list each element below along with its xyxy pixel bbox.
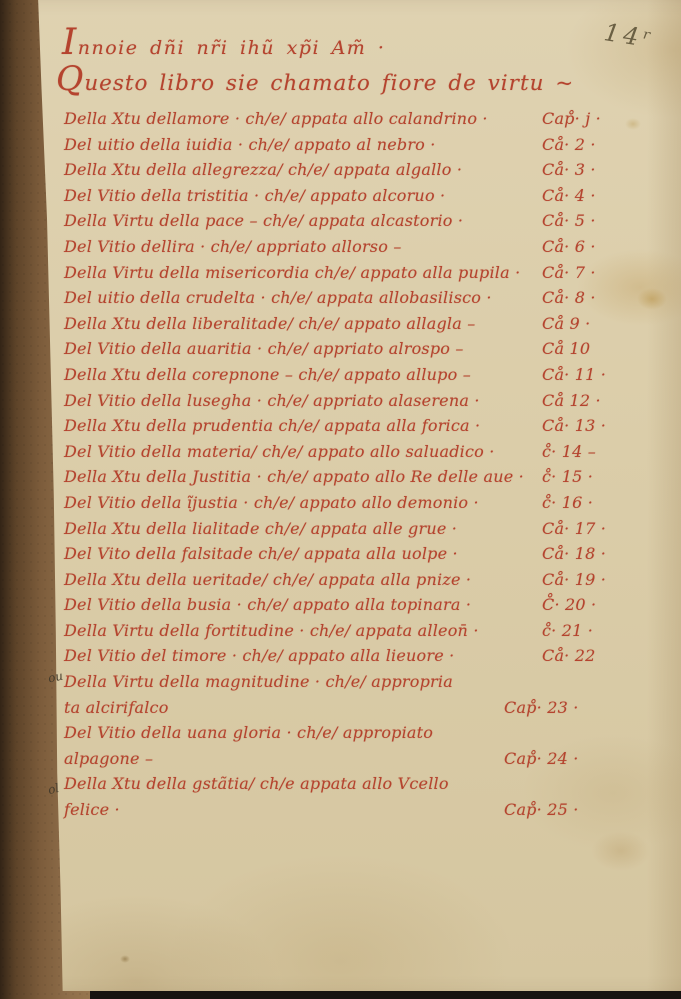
chapter-ref: Cå· 7 · (542, 260, 596, 286)
chapter-ref: Cå· 4 · (542, 183, 596, 209)
entry-text: Del Vito della falsitade ch/e/ appata al… (64, 541, 458, 567)
contents-entry: Del Vitio della lusegha · ch/e/ appriato… (64, 388, 681, 414)
contents-entry: felice · Cap̊· 25 · (64, 797, 681, 823)
chapter-ref: c̊· 15 · (542, 464, 593, 490)
contents-entry: Del uitio della crudelta · ch/e/ appata … (64, 285, 681, 311)
chapter-ref: Cå· 11 · (542, 362, 606, 388)
entry-text: Della Xtu della ueritade/ ch/e/ appata a… (64, 567, 471, 593)
contents-entry: Della Xtu della Justitia · ch/e/ appato … (64, 464, 681, 490)
contents-entry: Della Virtu della magnitudine · ch/e/ ap… (64, 669, 681, 695)
entry-text: Della Xtu della allegrezza/ ch/e/ appata… (64, 157, 462, 183)
chapter-ref: Cap̊· 25 · (504, 797, 579, 823)
entry-text: Del Vitio della uana gloria · ch/e/ appr… (64, 720, 433, 746)
contents-entry: Della Xtu della corepnone – ch/e/ appato… (64, 362, 681, 388)
invocation-heading: Innoie dñi nr̃i ihũ xp̃i Am̃ · (62, 28, 641, 59)
book-title: Questo libro sie chamato fiore de virtu … (56, 66, 661, 96)
chapter-ref: Cå 10 (542, 336, 590, 362)
chapter-ref: Cå 12 · (542, 388, 601, 414)
contents-entry: Del Vitio della auaritia · ch/e/ appriat… (64, 336, 681, 362)
entry-text: ta alcirifalco (64, 695, 169, 721)
entry-text: Della Xtu della liberalitade/ ch/e/ appa… (64, 311, 475, 337)
photo-backdrop: 14ʳ Innoie dñi nr̃i ihũ xp̃i Am̃ · Quest… (0, 0, 681, 999)
contents-entry: Del Vitio della uana gloria · ch/e/ appr… (64, 720, 681, 746)
contents-entry: Della Xtu della prudentia ch/e/ appata a… (64, 413, 681, 439)
contents-entry: Del Vito della falsitade ch/e/ appata al… (64, 541, 681, 567)
entry-text: Della Xtu della gstãtia/ ch/e appata all… (64, 771, 449, 797)
contents-entry: Del Vitio della ĩjustia · ch/e/ appato a… (64, 490, 681, 516)
parchment-stain (591, 831, 651, 871)
chapter-ref: c̊· 21 · (542, 618, 593, 644)
contents-entry: alpagone – Cap̊· 24 · (64, 746, 681, 772)
chapter-ref: Cå· 19 · (542, 567, 606, 593)
parchment-stain (120, 955, 130, 963)
entry-text: Della Xtu della corepnone – ch/e/ appato… (64, 362, 471, 388)
chapter-ref: Cå· 8 · (542, 285, 596, 311)
contents-entry: Del Vitio della materia/ ch/e/ appato al… (64, 439, 681, 465)
chapter-ref: c̊· 14 – (542, 439, 596, 465)
entry-text: Del Vitio dellira · ch/e/ appriato allor… (64, 234, 402, 260)
contents-entry: Della Virtu della fortitudine · ch/e/ ap… (64, 618, 681, 644)
entry-text: felice · (64, 797, 120, 823)
contents-entry: Della Xtu della liberalitade/ ch/e/ appa… (64, 311, 681, 337)
contents-entry: Del Vitio del timore · ch/e/ appato alla… (64, 643, 681, 669)
contents-entry: ta alcirifalco Cap̊· 23 · (64, 695, 681, 721)
entry-text: Della Virtu della fortitudine · ch/e/ ap… (64, 618, 479, 644)
contents-entry: Della Xtu della lialitade ch/e/ appata a… (64, 516, 681, 542)
entry-text: Della Xtu della lialitade ch/e/ appata a… (64, 516, 457, 542)
entry-text: Della Virtu della magnitudine · ch/e/ ap… (64, 669, 453, 695)
chapter-ref: Cå· 5 · (542, 208, 596, 234)
chapter-ref: Cap̊· 24 · (504, 746, 579, 772)
chapter-ref: Cap̊· 23 · (504, 695, 579, 721)
chapter-ref: C̊· 20 · (542, 592, 596, 618)
contents-entry: Del uitio della iuidia · ch/e/ appato al… (64, 132, 681, 158)
contents-list: Della Xtu dellamore · ch/e/ appata allo … (64, 106, 681, 823)
chapter-ref: Cå· 3 · (542, 157, 596, 183)
entry-text: Del Vitio della ĩjustia · ch/e/ appato a… (64, 490, 479, 516)
entry-text: Del Vitio della materia/ ch/e/ appato al… (64, 439, 495, 465)
manuscript-page: 14ʳ Innoie dñi nr̃i ihũ xp̃i Am̃ · Quest… (0, 0, 681, 991)
contents-entry: Della Xtu della allegrezza/ ch/e/ appata… (64, 157, 681, 183)
chapter-ref: c̊· 16 · (542, 490, 593, 516)
chapter-ref: Cå· 22 (542, 643, 596, 669)
entry-text: Della Xtu della Justitia · ch/e/ appato … (64, 464, 524, 490)
entry-text: Della Xtu dellamore · ch/e/ appata allo … (64, 106, 488, 132)
entry-text: Del uitio della crudelta · ch/e/ appata … (64, 285, 492, 311)
entry-text: Del Vitio della lusegha · ch/e/ appriato… (64, 388, 480, 414)
entry-text: Del Vitio del timore · ch/e/ appato alla… (64, 643, 454, 669)
entry-text: Del Vitio della busia · ch/e/ appato all… (64, 592, 471, 618)
contents-entry: Della Virtu della misericordia ch/e/ app… (64, 260, 681, 286)
contents-entry: Del Vitio della busia · ch/e/ appato all… (64, 592, 681, 618)
entry-text: Della Virtu della pace – ch/e/ appata al… (64, 208, 463, 234)
chapter-ref: Cå· 6 · (542, 234, 596, 260)
chapter-ref: Cå· 17 · (542, 516, 606, 542)
contents-entry: Della Virtu della pace – ch/e/ appata al… (64, 208, 681, 234)
contents-entry: Della Xtu dellamore · ch/e/ appata allo … (64, 106, 681, 132)
chapter-ref: Cå 9 · (542, 311, 590, 337)
contents-entry: Della Xtu della ueritade/ ch/e/ appata a… (64, 567, 681, 593)
chapter-ref: Cå· 18 · (542, 541, 606, 567)
contents-entry: Del Vitio della tristitia · ch/e/ appato… (64, 183, 681, 209)
chapter-ref: Cap̊· j · (542, 106, 601, 132)
entry-text: Del Vitio della tristitia · ch/e/ appato… (64, 183, 445, 209)
entry-text: Della Xtu della prudentia ch/e/ appata a… (64, 413, 480, 439)
entry-text: Della Virtu della misericordia ch/e/ app… (64, 260, 520, 286)
chapter-ref: Cå· 13 · (542, 413, 606, 439)
entry-text: Del Vitio della auaritia · ch/e/ appriat… (64, 336, 464, 362)
contents-entry: Del Vitio dellira · ch/e/ appriato allor… (64, 234, 681, 260)
contents-entry: Della Xtu della gstãtia/ ch/e appata all… (64, 771, 681, 797)
entry-text: Del uitio della iuidia · ch/e/ appato al… (64, 132, 436, 158)
entry-text: alpagone – (64, 746, 153, 772)
chapter-ref: Cå· 2 · (542, 132, 596, 158)
